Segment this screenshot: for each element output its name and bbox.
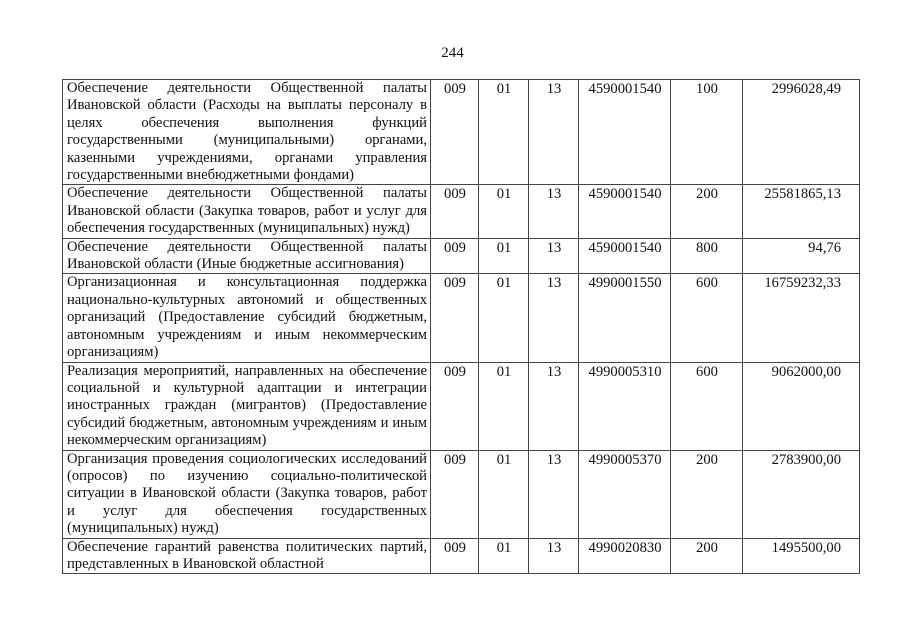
row-description: Обеспечение гарантий равенства политичес…	[63, 538, 431, 574]
row-target-article-code: 4590001540	[579, 238, 671, 274]
row-amount: 94,76	[743, 238, 860, 274]
row-subsection-code: 13	[529, 238, 579, 274]
row-subsection-code: 13	[529, 185, 579, 238]
row-description: Обеспечение деятельности Общественной па…	[63, 185, 431, 238]
table-row: Организационная и консультационная подде…	[63, 274, 860, 362]
row-gu-code: 009	[431, 274, 479, 362]
budget-table-body: Обеспечение деятельности Общественной па…	[63, 80, 860, 574]
table-row: Обеспечение гарантий равенства политичес…	[63, 538, 860, 574]
row-description: Организация проведения социологических и…	[63, 450, 431, 538]
row-amount: 25581865,13	[743, 185, 860, 238]
table-row: Обеспечение деятельности Общественной па…	[63, 80, 860, 185]
budget-table: Обеспечение деятельности Общественной па…	[62, 79, 860, 574]
row-expense-type-code: 600	[671, 362, 743, 450]
row-subsection-code: 13	[529, 450, 579, 538]
row-section-code: 01	[479, 362, 529, 450]
row-section-code: 01	[479, 238, 529, 274]
row-gu-code: 009	[431, 538, 479, 574]
row-section-code: 01	[479, 80, 529, 185]
row-target-article-code: 4990005310	[579, 362, 671, 450]
row-amount: 2783900,00	[743, 450, 860, 538]
row-gu-code: 009	[431, 185, 479, 238]
row-section-code: 01	[479, 538, 529, 574]
row-section-code: 01	[479, 450, 529, 538]
row-target-article-code: 4590001540	[579, 80, 671, 185]
row-expense-type-code: 600	[671, 274, 743, 362]
row-gu-code: 009	[431, 362, 479, 450]
row-amount: 1495500,00	[743, 538, 860, 574]
row-expense-type-code: 100	[671, 80, 743, 185]
row-section-code: 01	[479, 185, 529, 238]
row-target-article-code: 4990020830	[579, 538, 671, 574]
row-subsection-code: 13	[529, 80, 579, 185]
table-row: Организация проведения социологических и…	[63, 450, 860, 538]
row-amount: 9062000,00	[743, 362, 860, 450]
table-row: Обеспечение деятельности Общественной па…	[63, 238, 860, 274]
row-subsection-code: 13	[529, 274, 579, 362]
row-section-code: 01	[479, 274, 529, 362]
page-number: 244	[0, 44, 905, 62]
row-expense-type-code: 200	[671, 538, 743, 574]
row-subsection-code: 13	[529, 538, 579, 574]
row-description: Обеспечение деятельности Общественной па…	[63, 80, 431, 185]
table-row: Реализация мероприятий, направленных на …	[63, 362, 860, 450]
row-description: Реализация мероприятий, направленных на …	[63, 362, 431, 450]
row-expense-type-code: 200	[671, 450, 743, 538]
row-description: Организационная и консультационная подде…	[63, 274, 431, 362]
row-description: Обеспечение деятельности Общественной па…	[63, 238, 431, 274]
row-target-article-code: 4990005370	[579, 450, 671, 538]
row-amount: 16759232,33	[743, 274, 860, 362]
row-gu-code: 009	[431, 450, 479, 538]
row-expense-type-code: 200	[671, 185, 743, 238]
row-target-article-code: 4990001550	[579, 274, 671, 362]
row-subsection-code: 13	[529, 362, 579, 450]
row-gu-code: 009	[431, 238, 479, 274]
row-target-article-code: 4590001540	[579, 185, 671, 238]
row-gu-code: 009	[431, 80, 479, 185]
table-row: Обеспечение деятельности Общественной па…	[63, 185, 860, 238]
row-amount: 2996028,49	[743, 80, 860, 185]
row-expense-type-code: 800	[671, 238, 743, 274]
